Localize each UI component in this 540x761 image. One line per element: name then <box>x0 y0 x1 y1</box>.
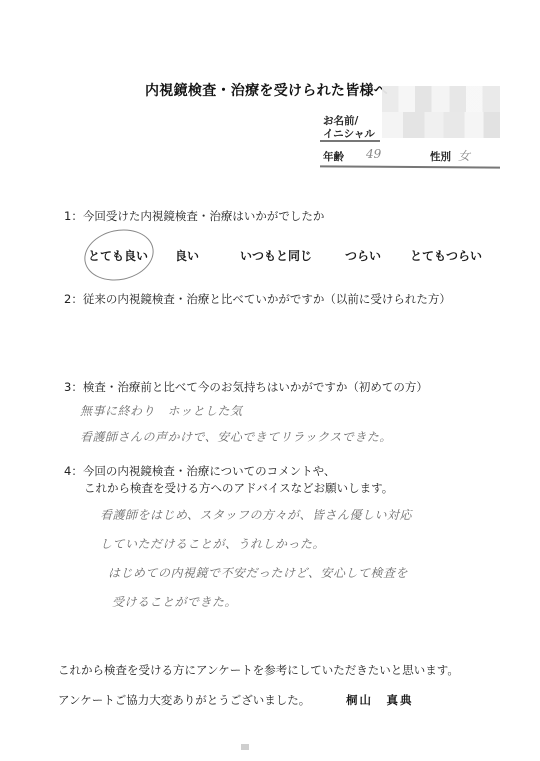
age-sex-underline <box>320 165 500 168</box>
redacted-name-area-lower <box>382 112 500 138</box>
answer-4-line-4: 受けることができた。 <box>112 593 237 610</box>
question-4: 4：今回の内視鏡検査・治療についてのコメントや、 <box>64 463 335 479</box>
initials-label: イニシャル <box>323 126 375 141</box>
sex-value: 女 <box>458 147 470 164</box>
question-1: 1：今回受けた内視鏡検査・治療はいかがでしたか <box>64 208 324 224</box>
answer-4-line-3: はじめての内視鏡で不安だったけど、安心して検査を <box>108 564 408 581</box>
age-label: 年齢 <box>323 149 344 164</box>
option-good[interactable]: 良い <box>175 247 199 264</box>
scan-speck <box>241 744 249 750</box>
answer-4-line-1: 看護師をはじめ、スタッフの方々が、皆さん優しい対応 <box>100 506 412 523</box>
question-3: 3：検査・治療前と比べて今のお気持ちはいかがですか（初めての方） <box>64 379 428 395</box>
question-2: 2：従来の内視鏡検査・治療と比べていかがですか（以前に受けられた方） <box>64 291 451 307</box>
name-underline <box>320 140 380 142</box>
option-same-as-usual[interactable]: いつもと同じ <box>240 247 312 264</box>
option-painful[interactable]: つらい <box>345 247 381 264</box>
question-4-line-2: これから検査を受ける方へのアドバイスなどお願いします。 <box>84 480 393 496</box>
sex-label: 性別 <box>430 149 451 164</box>
footer-thanks: アンケートご協力大変ありがとうございました。 <box>58 692 310 708</box>
answer-3-line-2: 看護師さんの声かけで、安心できてリラックスできた。 <box>80 428 392 445</box>
document-title: 内視鏡検査・治療を受けられた皆様へ <box>145 80 388 100</box>
age-value: 49 <box>366 147 381 161</box>
option-very-painful[interactable]: とてもつらい <box>410 247 482 264</box>
answer-4-line-2: していただけることが、うれしかった。 <box>100 535 325 552</box>
answer-3-line-1: 無事に終わり ホッとした気 <box>80 402 243 419</box>
option-very-good[interactable]: とても良い <box>88 247 148 264</box>
footer-message: これから検査を受ける方にアンケートを参考にしていただきたいと思います。 <box>58 662 459 678</box>
signature: 桐山 真典 <box>346 692 414 708</box>
